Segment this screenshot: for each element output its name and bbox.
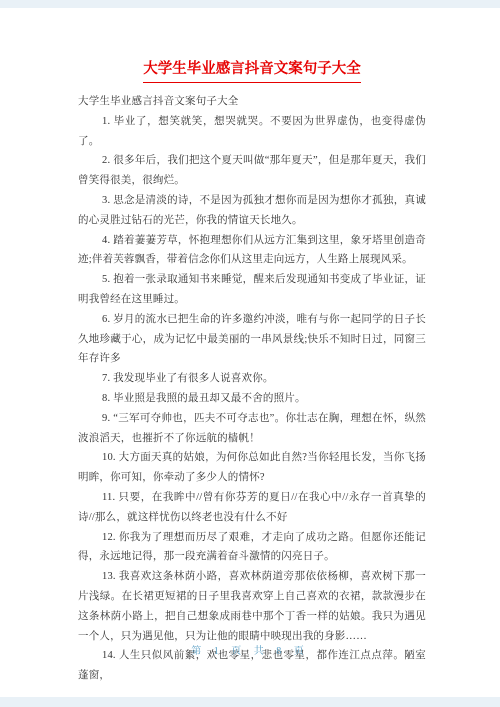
paragraph-9: 9. “三军可夺帅也，匹夫不可夺志也”。你壮志在胸，理想在怀，纵然波浪滔天，也摧…	[78, 409, 426, 449]
paragraph-12: 12. 你我为了理想而历尽了艰难，才走向了成功之路。但愿你还能记得，永远地记得，…	[78, 528, 426, 568]
page-number-indicator: 第 1 页 共 8 页	[0, 642, 500, 657]
paragraph-6: 6. 岁月的流水已把生命的许多邀约冲淡，唯有与你一起同学的日子长久地珍藏于心，成…	[78, 310, 426, 369]
paragraph-8: 8. 毕业照是我照的最丑却又最不舍的照片。	[78, 389, 426, 409]
page-title-text: 大学生毕业感言抖音文案句子大全	[143, 58, 361, 83]
paragraph-13: 13. 我喜欢这条林荫小路，喜欢林荫道旁那依依杨柳，喜欢树下那一片浅绿。在长裙更…	[78, 567, 426, 646]
document-page: 大学生毕业感言抖音文案句子大全 大学生毕业感言抖音文案句子大全 1. 毕业了，想…	[0, 8, 500, 697]
document-body: 大学生毕业感言抖音文案句子大全 1. 毕业了，想笑就笑，想哭就哭。不要因为世界虚…	[78, 92, 426, 686]
paragraph-4: 4. 踏着萋萋芳草，怀抱理想你们从远方汇集到这里，象牙塔里创造奇迹;伴着芙蓉飘香…	[78, 231, 426, 271]
paragraph-3: 3. 思念是清淡的诗，不是因为孤独才想你而是因为想你才孤独，真诚的心灵胜过钻石的…	[78, 191, 426, 231]
page-title: 大学生毕业感言抖音文案句子大全	[78, 58, 426, 83]
paragraph-1: 1. 毕业了，想笑就笑，想哭就哭。不要因为世界虚伪，也变得虚伪了。	[78, 112, 426, 152]
paragraph-5: 5. 抱着一张录取通知书来睡觉，醒来后发现通知书变成了毕业证，证明我曾经在这里睡…	[78, 270, 426, 310]
paragraph-10: 10. 大方面天真的姑娘，为何你总如此自然?当你轻甩长发，当你飞扬明眸，你可知，…	[78, 448, 426, 488]
paragraph-11: 11. 只要，在我眸中//曾有你芬芳的夏日//在我心中//永存一首真挚的诗//那…	[78, 488, 426, 528]
paragraph-2: 2. 很多年后，我们把这个夏天叫做“那年夏天”，但是那年夏天，我们曾笑得很美，很…	[78, 151, 426, 191]
screenshot-root: { "colors": { "title-red": "#e60000", "b…	[0, 0, 500, 707]
subtitle-paragraph: 大学生毕业感言抖音文案句子大全	[78, 92, 426, 112]
paragraph-7: 7. 我发现毕业了有很多人说喜欢你。	[78, 369, 426, 389]
